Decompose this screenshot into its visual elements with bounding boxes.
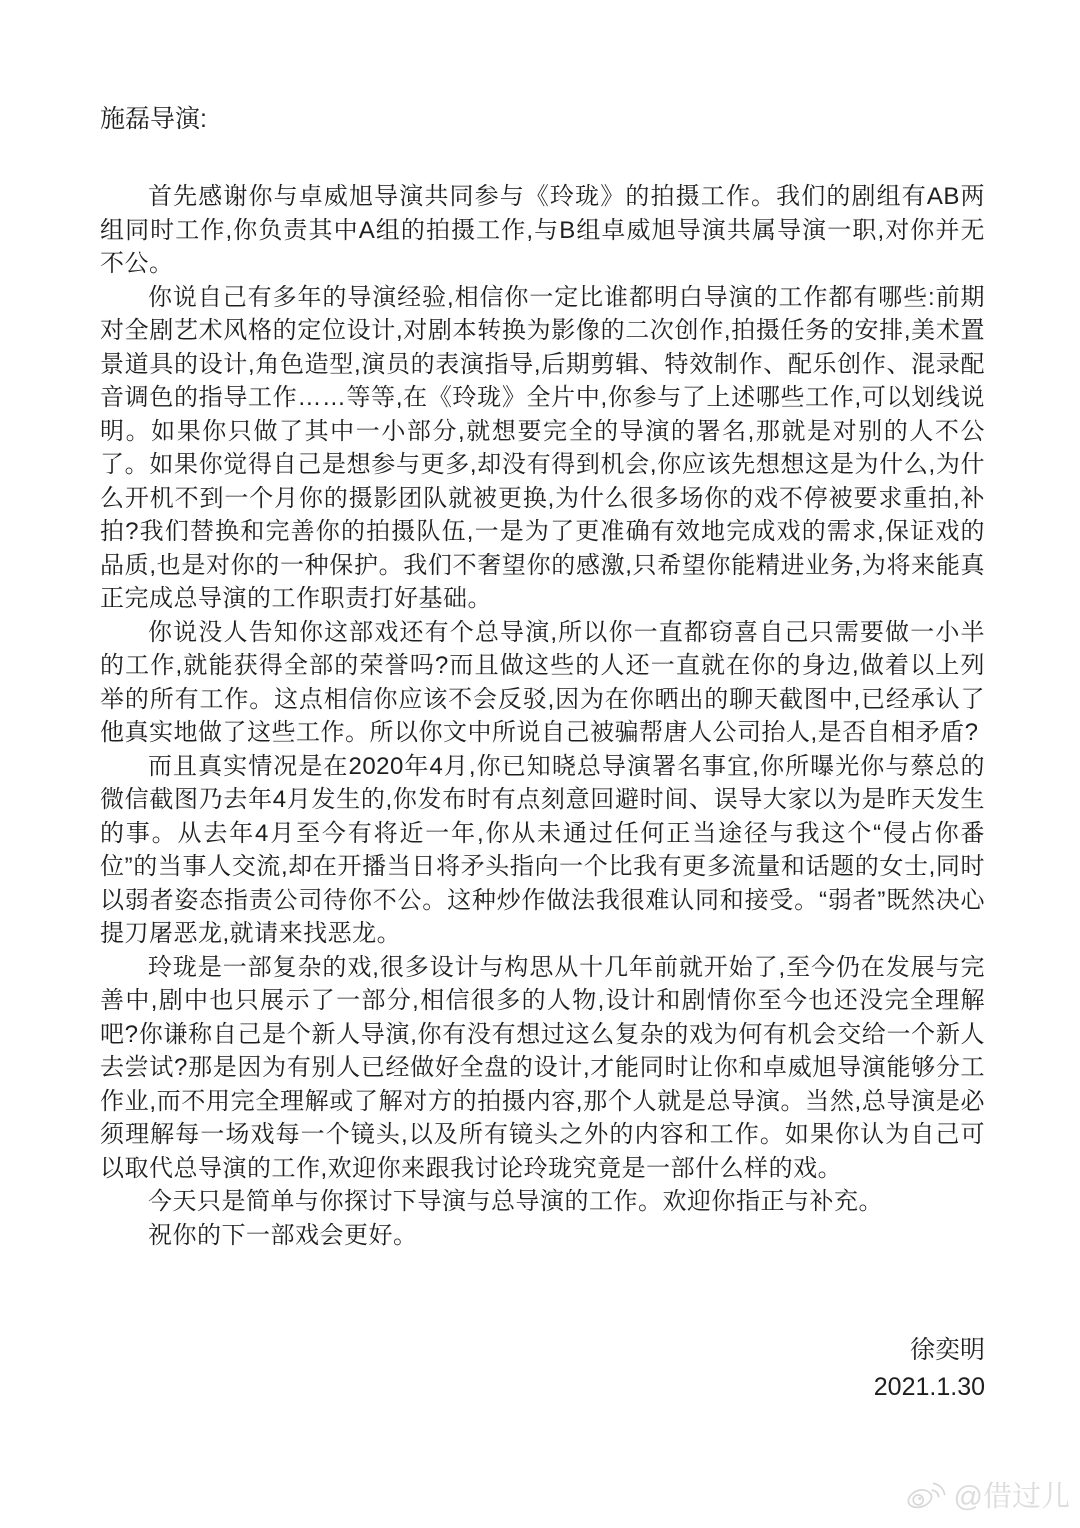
signature-block: 徐奕明 2021.1.30 [100,1332,985,1406]
well-wish-line: 祝你的下一部戏会更好。 [100,1219,985,1253]
letter-page: 施磊导演: 首先感谢你与卓威旭导演共同参与《玲珑》的拍摄工作。我们的剧组有AB两… [0,0,1080,1528]
letter-content: 施磊导演: 首先感谢你与卓威旭导演共同参与《玲珑》的拍摄工作。我们的剧组有AB两… [100,103,985,1406]
weibo-logo-icon [905,1478,947,1511]
paragraph-3: 你说没人告知你这部戏还有个总导演,所以你一直都窃喜自己只需要做一小半的工作,就能… [100,616,985,750]
closing-line: 今天只是简单与你探讨下导演与总导演的工作。欢迎你指正与补充。 [100,1185,985,1219]
signature-date: 2021.1.30 [100,1369,985,1406]
watermark: @借过儿 [905,1474,1070,1515]
paragraph-2: 你说自己有多年的导演经验,相信你一定比谁都明白导演的工作都有哪些:前期对全剧艺术… [100,281,985,616]
paragraph-1: 首先感谢你与卓威旭导演共同参与《玲珑》的拍摄工作。我们的剧组有AB两组同时工作,… [100,180,985,281]
signature-name: 徐奕明 [100,1332,985,1369]
paragraph-5: 玲珑是一部复杂的戏,很多设计与构思从十几年前就开始了,至今仍在发展与完善中,剧中… [100,951,985,1186]
watermark-handle: @借过儿 [954,1474,1070,1515]
greeting: 施磊导演: [100,103,985,136]
letter-body: 首先感谢你与卓威旭导演共同参与《玲珑》的拍摄工作。我们的剧组有AB两组同时工作,… [100,180,985,1252]
paragraph-4: 而且真实情况是在2020年4月,你已知晓总导演署名事宜,你所曝光你与蔡总的微信截… [100,750,985,951]
